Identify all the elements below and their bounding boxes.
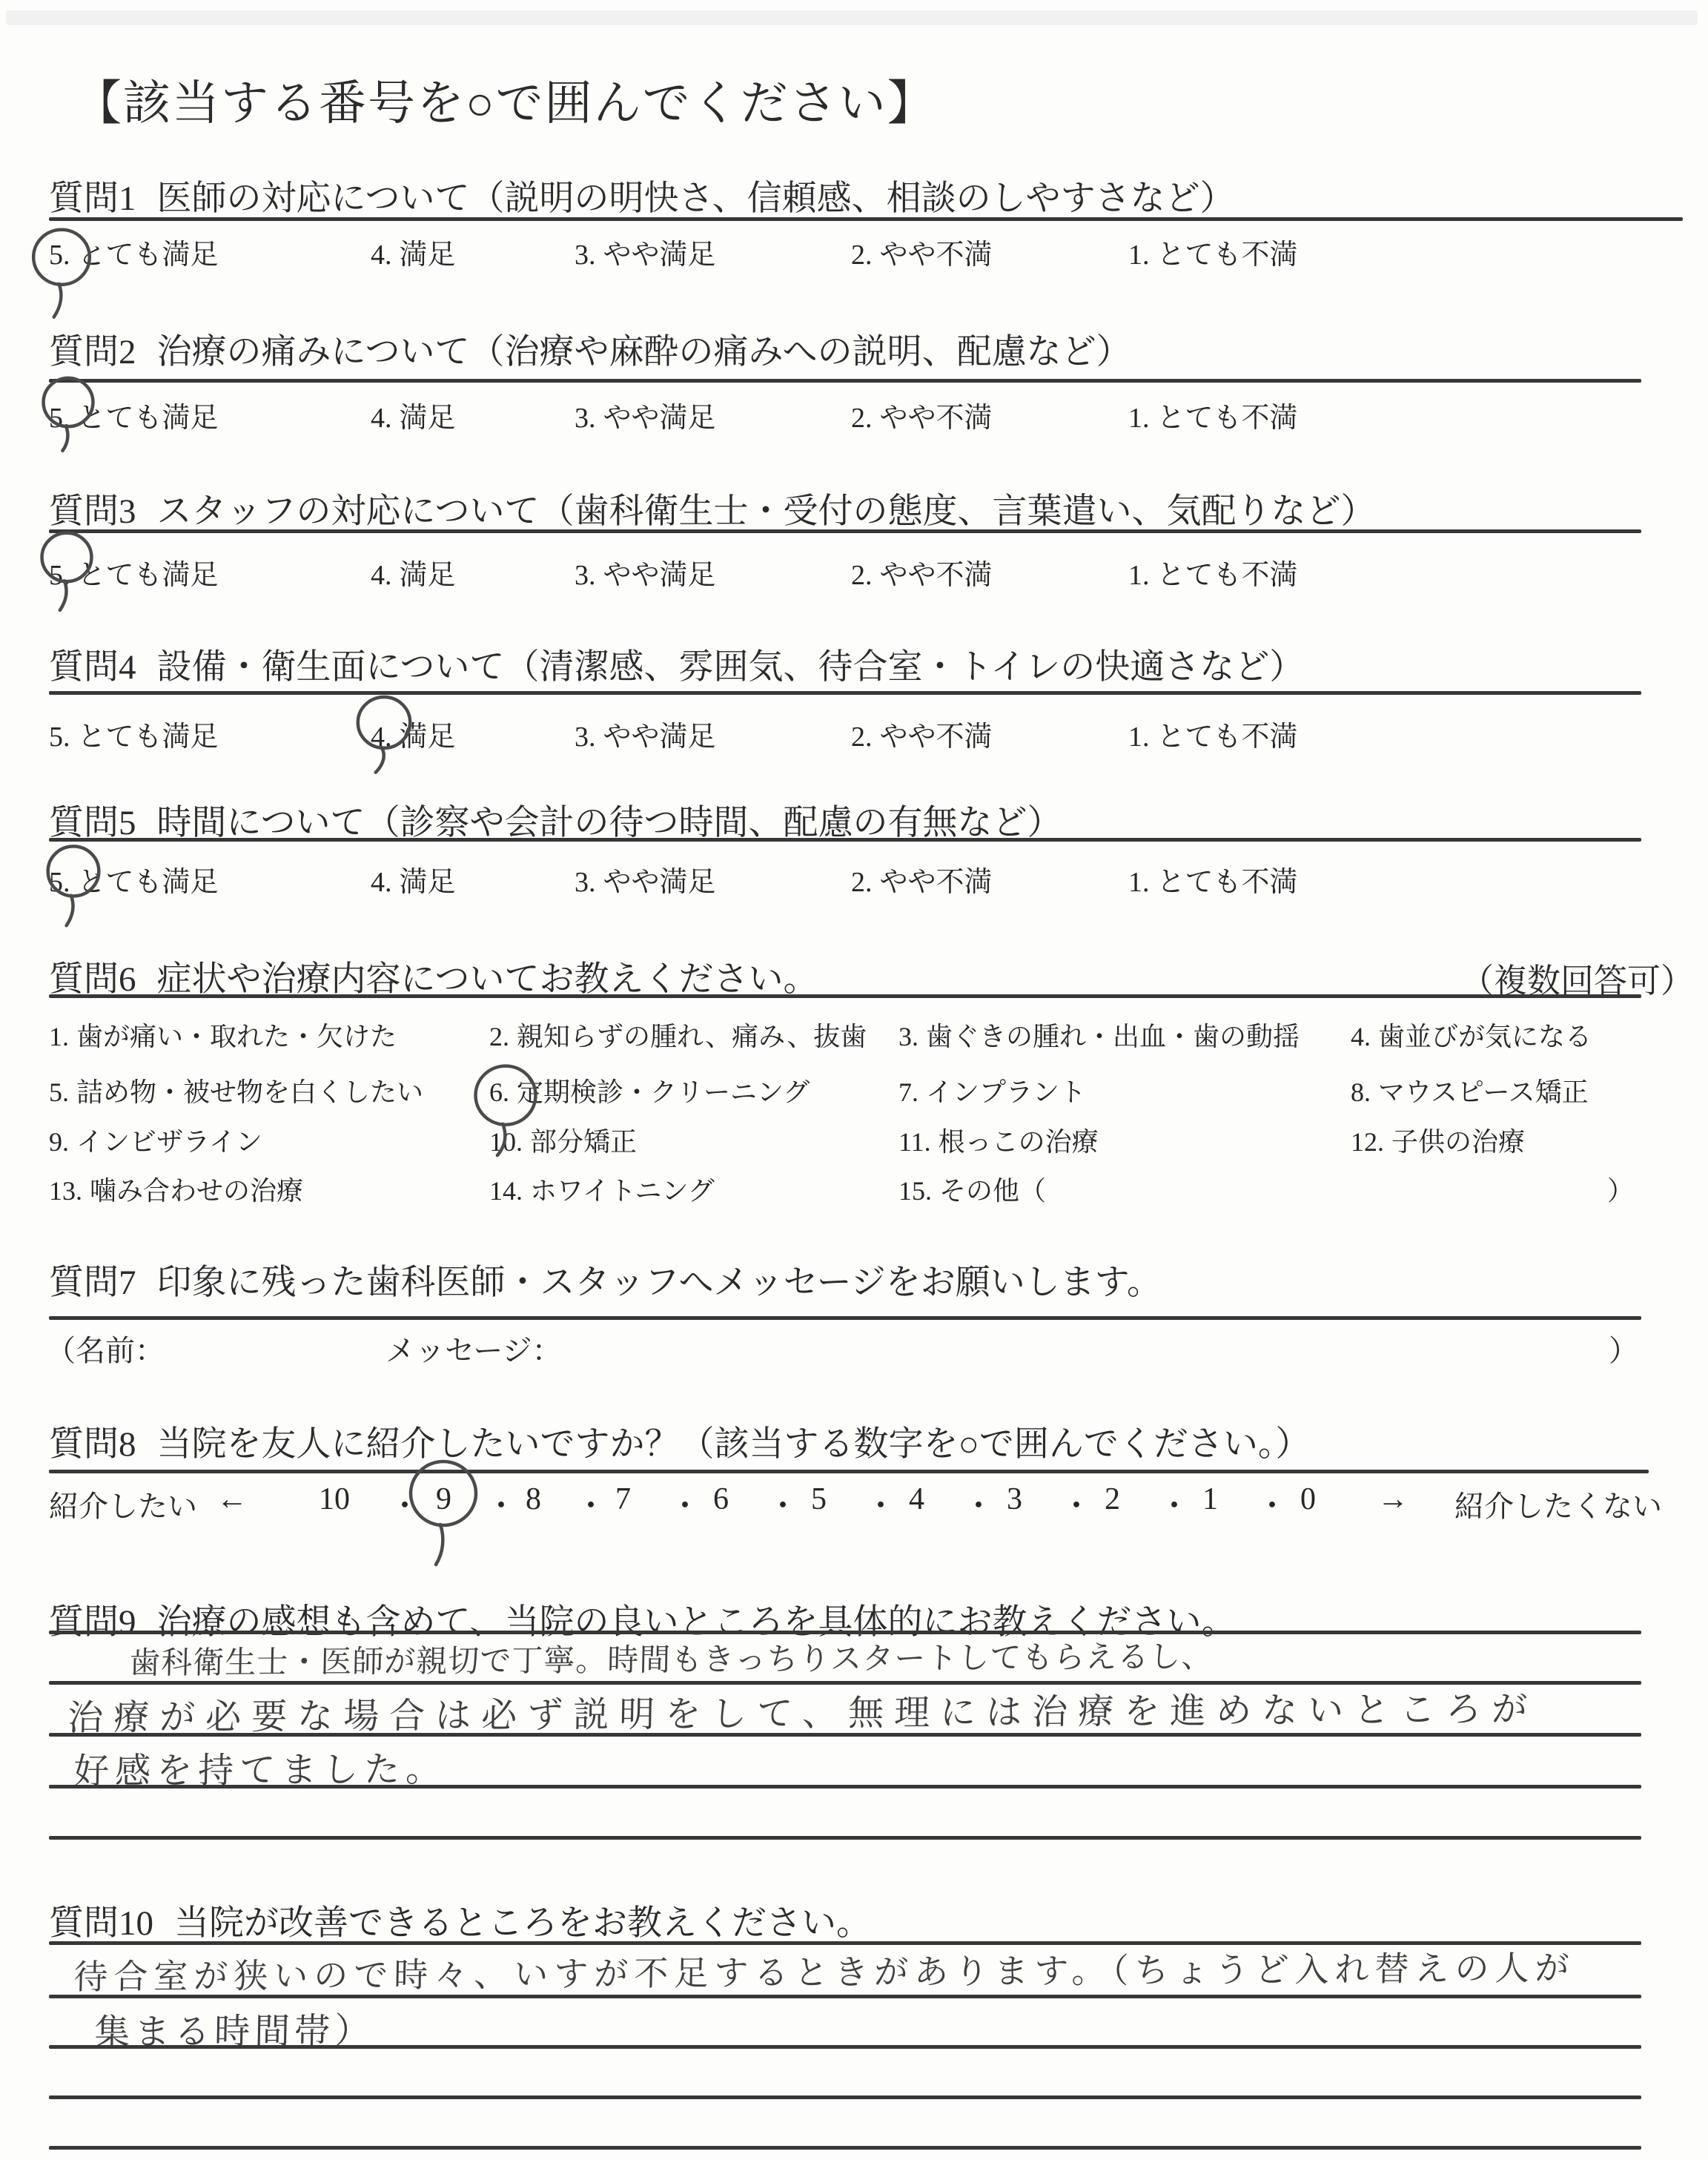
option-3: 3.やや満足 [575, 394, 716, 435]
question-4-options: 5.とても満足 4.満足 3.やや満足 2.やや不満 1.とても不満 [0, 713, 1708, 756]
question-6-options-row-1: 1.歯が痛い・取れた・欠けた 2.親知らずの腫れ、痛み、抜歯 3.歯ぐきの腫れ・… [0, 1016, 1708, 1057]
question-8-number: 質問8 [49, 1425, 136, 1464]
scale-label-recommend: 紹介したい [49, 1483, 197, 1525]
handwritten-answer-q9-line-1: 歯科衛生士・医師が親切で丁寧。時間もきっちりスタートしてもらえるし、 [129, 1632, 1214, 1683]
question-6-options-row-3: 9.インビザライン 10.部分矯正 11.根っこの治療 12.子供の治療 [0, 1121, 1708, 1163]
option-5: 5.詰め物・被せ物を白くしたい [49, 1071, 423, 1109]
question-6-number: 質問6 [49, 960, 136, 999]
scale-number-5: 5 [811, 1482, 827, 1517]
question-1-heading: 質問1医師の対応について（説明の明快さ、信頼感、相談のしやすさなど） [49, 171, 1235, 220]
option-3: 3.やや満足 [575, 713, 716, 754]
question-5-options: 5.とても満足 4.満足 3.やや満足 2.やや不満 1.とても不満 [0, 859, 1708, 902]
option-2: 2.親知らずの腫れ、痛み、抜歯 [489, 1016, 867, 1054]
question-10-number: 質問10 [49, 1904, 153, 1943]
survey-scan-page: { "title": "【該当する番号を○で囲んでください】", "colors… [0, 0, 1708, 2160]
option-1: 1.とても不満 [1128, 394, 1298, 435]
option-4: 4.満足 [371, 394, 456, 435]
question-3-options: 5.とても満足 4.満足 3.やや満足 2.やや不満 1.とても不満 [0, 552, 1708, 595]
option-1: 1.とても不満 [1128, 552, 1298, 592]
scale-number-1: 1 [1202, 1482, 1218, 1517]
q4-answer-circle [354, 687, 414, 790]
option-2: 2.やや不満 [851, 859, 993, 899]
q6-answer-circle [471, 1062, 540, 1166]
scale-dot: ・ [1257, 1482, 1288, 1526]
question-6-heading: 質問6症状や治療内容についてお教えください。 [49, 951, 818, 1001]
question-6-options-row-4: 13.噛み合わせの治療 14.ホワイトニング 15.その他（ ） [0, 1170, 1708, 1212]
answer-line [49, 217, 1683, 221]
q8-answer-circle [406, 1455, 480, 1572]
answer-line [49, 691, 1641, 695]
question-8-title: 当院を友人に紹介したいですか？（該当する数字を○で囲んでください。） [157, 1425, 1311, 1464]
option-3: 3.やや満足 [575, 231, 716, 272]
answer-line [49, 2146, 1641, 2150]
scale-number-3: 3 [1007, 1482, 1022, 1517]
option-2: 2.やや不満 [851, 552, 993, 592]
option-4: 4.満足 [371, 231, 456, 272]
right-arrow-icon: → [1377, 1482, 1409, 1517]
question-7-title: 印象に残った歯科医師・スタッフへメッセージをお願いします。 [157, 1264, 1162, 1302]
scale-number-4: 4 [909, 1482, 924, 1517]
question-7-number: 質問7 [49, 1264, 136, 1302]
option-2: 2.やや不満 [851, 394, 993, 435]
answer-line [49, 994, 1641, 998]
scale-number-6: 6 [713, 1482, 729, 1517]
scale-dot: ・ [767, 1482, 798, 1526]
option-5: 5.とても満足 [49, 713, 219, 754]
scale-dot: ・ [486, 1482, 517, 1526]
scanner-edge-artifact [6, 10, 1698, 25]
question-4-title: 設備・衛生面について（清潔感、雰囲気、待合室・トイレの快適さなど） [157, 648, 1305, 687]
option-15-other: 15.その他（ [898, 1170, 1046, 1208]
answer-line [49, 529, 1641, 533]
message-close-paren: ） [1609, 1327, 1638, 1370]
question-2-title: 治療の痛みについて（治療や麻酔の痛みへの説明、配慮など） [157, 333, 1131, 371]
option-3: 3.歯ぐきの腫れ・出血・歯の動揺 [898, 1016, 1300, 1054]
option-1: 1.とても不満 [1128, 713, 1298, 754]
question-9-number: 質問9 [49, 1603, 136, 1642]
page-title: 【該当する番号を○で囲んでください】 [74, 65, 936, 133]
scale-dot: ・ [865, 1482, 896, 1526]
answer-line [49, 2095, 1641, 2099]
scale-number-10: 10 [319, 1482, 350, 1517]
scale-label-not-recommend: 紹介したくない [1454, 1483, 1662, 1525]
answer-line [49, 379, 1641, 383]
answer-line [49, 1836, 1641, 1840]
question-5-heading: 質問5時間について（診察や会計の待つ時間、配慮の有無など） [49, 795, 1062, 845]
question-2-options: 5.とても満足 4.満足 3.やや満足 2.やや不満 1.とても不満 [0, 394, 1708, 437]
question-6-options-row-2: 5.詰め物・被せ物を白くしたい 6.定期検診・クリーニング 7.インプラント 8… [0, 1071, 1708, 1113]
q1-answer-circle [30, 220, 93, 328]
answer-line [49, 1785, 1641, 1789]
answer-line [49, 1470, 1649, 1473]
option-1: 1.歯が痛い・取れた・欠けた [49, 1016, 397, 1054]
scale-number-8: 8 [526, 1482, 541, 1517]
question-3-title: スタッフの対応について（歯科衛生士・受付の態度、言葉遣い、気配りなど） [157, 492, 1376, 531]
option-1: 1.とても不満 [1128, 231, 1298, 272]
question-4-heading: 質問4設備・衛生面について（清潔感、雰囲気、待合室・トイレの快適さなど） [49, 639, 1304, 689]
question-5-title: 時間について（診察や会計の待つ時間、配慮の有無など） [157, 804, 1062, 842]
name-field-label: （名前： [46, 1327, 165, 1370]
option-4: 4.満足 [371, 552, 456, 592]
question-1-number: 質問1 [49, 179, 136, 218]
answer-line [49, 1995, 1641, 1998]
answer-line [49, 1733, 1641, 1737]
question-8-heading: 質問8当院を友人に紹介したいですか？（該当する数字を○で囲んでください。） [49, 1416, 1310, 1466]
q3-answer-circle [39, 516, 95, 629]
option-13: 13.噛み合わせの治療 [49, 1170, 303, 1208]
option-11: 11.根っこの治療 [898, 1121, 1099, 1159]
option-3: 3.やや満足 [575, 859, 716, 899]
question-4-number: 質問4 [49, 648, 136, 687]
scale-number-0: 0 [1300, 1482, 1316, 1517]
scale-dot: ・ [669, 1482, 701, 1526]
scale-number-2: 2 [1105, 1482, 1120, 1517]
answer-line [49, 1316, 1641, 1320]
option-4: 4.満足 [371, 859, 456, 899]
option-4: 4.歯並びが気になる [1351, 1016, 1592, 1054]
handwritten-answer-q10-line-1: 待合室が狭いので時々、いすが不足するときがあります。（ちょうど入れ替えの人が [73, 1941, 1576, 1999]
scale-dot: ・ [1061, 1482, 1092, 1526]
scale-dot: ・ [575, 1482, 606, 1526]
question-10-title: 当院が改善できるところをお教えください。 [174, 1904, 871, 1943]
question-10-heading: 質問10当院が改善できるところをお教えください。 [49, 1895, 871, 1945]
scale-number-7: 7 [615, 1482, 631, 1517]
question-7-heading: 質問7印象に残った歯科医師・スタッフへメッセージをお願いします。 [49, 1255, 1162, 1304]
question-6-title: 症状や治療内容についてお教えください。 [157, 960, 818, 999]
scale-dot: ・ [963, 1482, 994, 1526]
option-2: 2.やや不満 [851, 713, 993, 754]
q5-answer-circle [44, 832, 102, 942]
option-14: 14.ホワイトニング [489, 1170, 715, 1208]
option-7: 7.インプラント [898, 1071, 1086, 1109]
option-9: 9.インビザライン [49, 1121, 262, 1159]
handwritten-answer-q9-line-2: 治療が必要な場合は必ず説明をして、無理には治療を進めないところが [67, 1680, 1538, 1740]
q2-answer-circle [40, 362, 96, 473]
question-1-options: 5.とても満足 4.満足 3.やや満足 2.やや不満 1.とても不満 [0, 231, 1708, 274]
scale-dot: ・ [1159, 1482, 1190, 1526]
option-12: 12.子供の治療 [1351, 1121, 1525, 1159]
option-3: 3.やや満足 [575, 552, 716, 592]
question-2-heading: 質問2治療の痛みについて（治療や麻酔の痛みへの説明、配慮など） [49, 324, 1131, 374]
question-3-heading: 質問3スタッフの対応について（歯科衛生士・受付の態度、言葉遣い、気配りなど） [49, 483, 1376, 533]
question-1-title: 医師の対応について（説明の明快さ、信頼感、相談のしやすさなど） [157, 179, 1235, 218]
option-2: 2.やや不満 [851, 231, 993, 272]
left-arrow-icon: ← [216, 1482, 248, 1517]
option-8: 8.マウスピース矯正 [1351, 1071, 1589, 1109]
answer-line [49, 2045, 1641, 2049]
answer-line [49, 838, 1641, 842]
option-1: 1.とても不満 [1128, 859, 1298, 899]
other-close-paren: ） [1607, 1170, 1634, 1208]
message-field-label: メッセージ： [385, 1327, 562, 1370]
